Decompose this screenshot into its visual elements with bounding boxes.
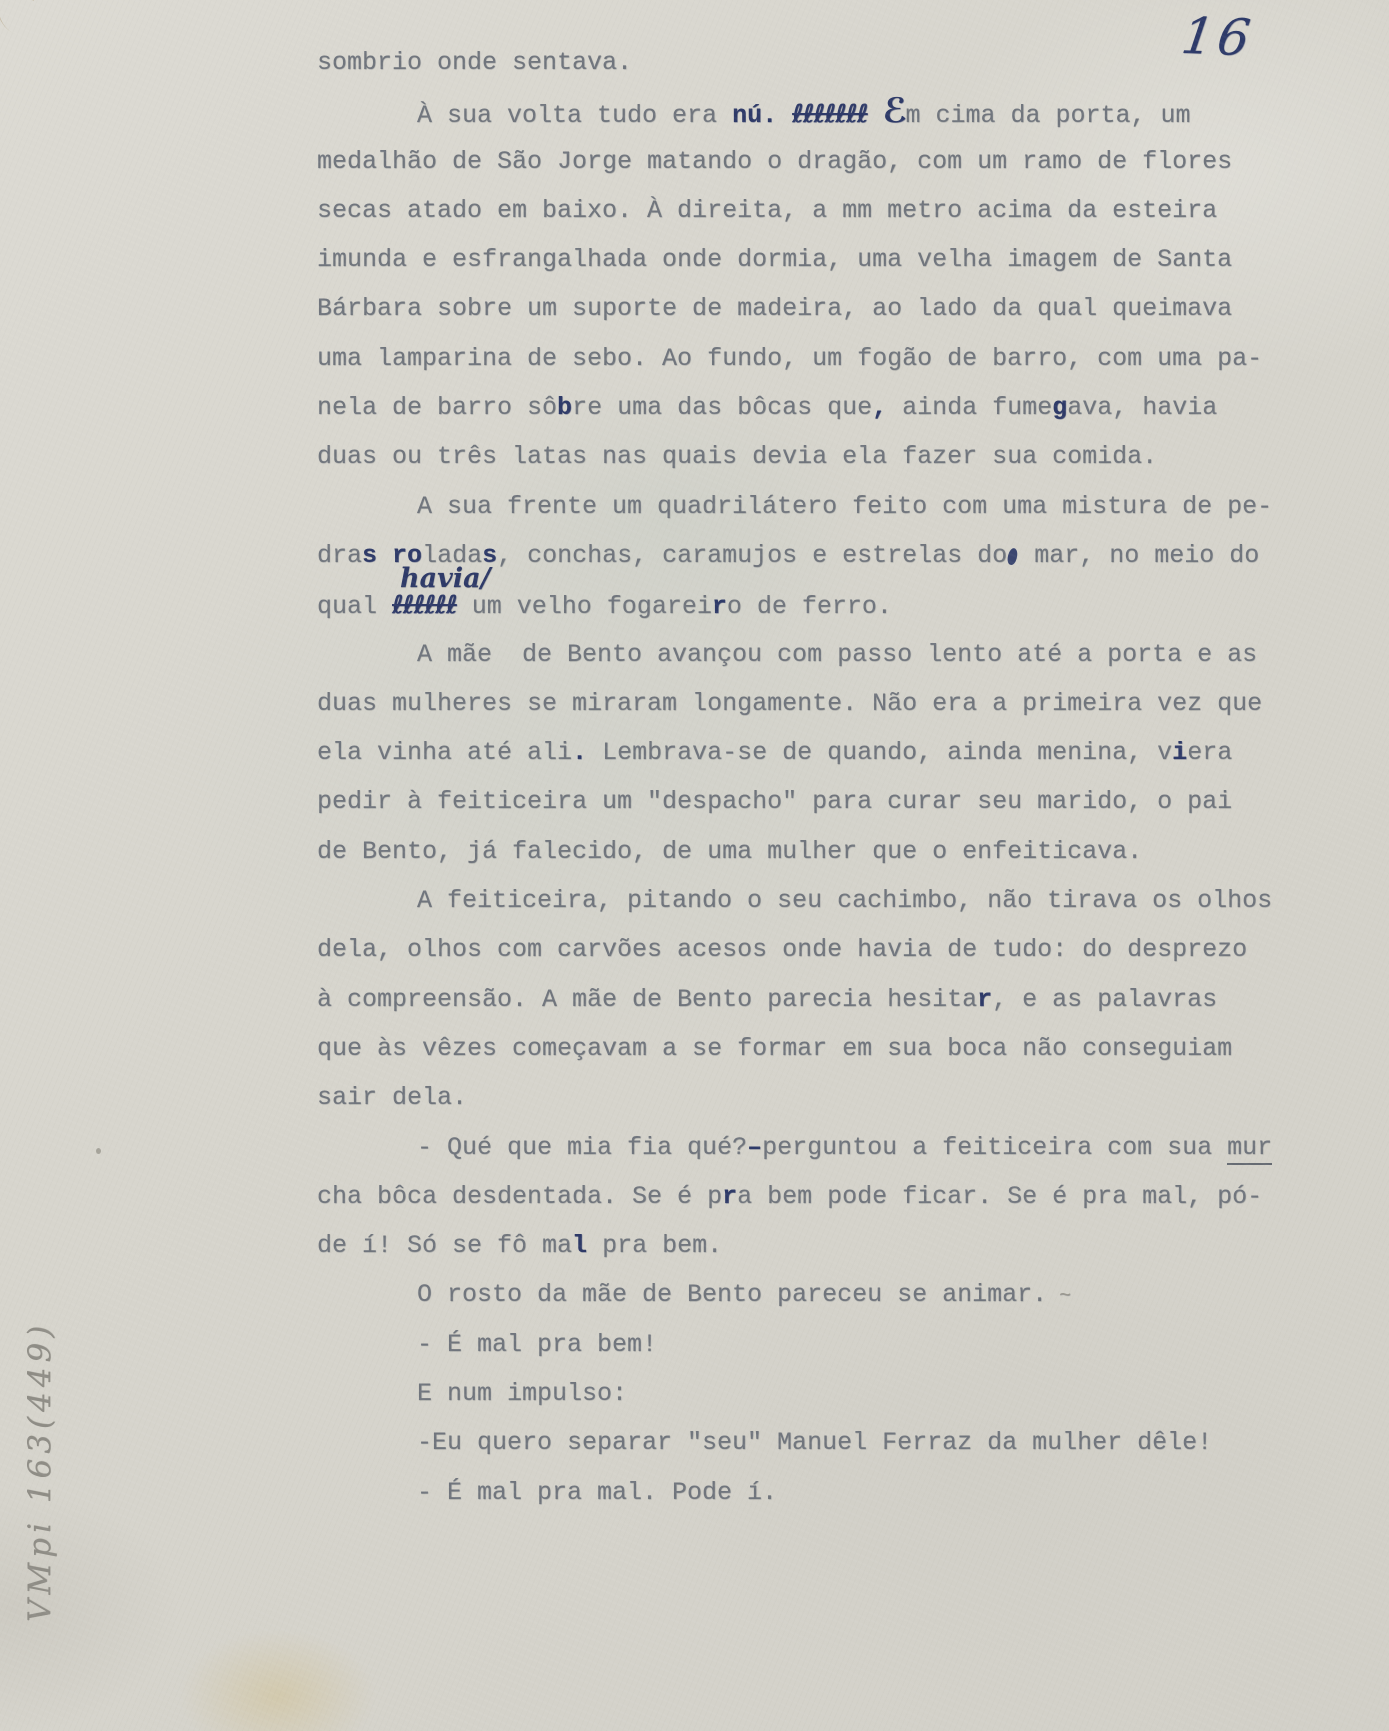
- text-line: uma lamparina de sebo. Ao fundo, um fogã…: [317, 334, 1307, 383]
- ink-correction: g: [1052, 393, 1067, 422]
- typed-text: cha bôca desdentada. Se é p: [317, 1182, 722, 1211]
- typed-text: [868, 101, 883, 130]
- text-line: - Qué que mia fia qué?–perguntou a feiti…: [317, 1123, 1307, 1172]
- ink-correction: s: [362, 541, 377, 570]
- text-line: Bárbara sobre um suporte de madeira, ao …: [317, 284, 1307, 333]
- text-line: que às vêzes começavam a se formar em su…: [317, 1024, 1307, 1073]
- ink-scribble-strikeout: ℓℓℓℓℓℓℓ: [792, 99, 868, 128]
- ink-correction: r: [977, 985, 992, 1014]
- text-line: A mãe de Bento avançou com passo lento a…: [317, 630, 1307, 679]
- text-line: - É mal pra bem!: [317, 1320, 1307, 1369]
- ink-correction: b: [557, 393, 572, 422]
- typed-text: , conchas, caramujos e estrelas do: [497, 541, 1007, 570]
- text-line: sombrio onde sentava.: [317, 38, 1307, 87]
- typed-text: que às vêzes começavam a se formar em su…: [317, 1034, 1232, 1063]
- margin-annotation: VMpi 163(449): [22, 1122, 58, 1622]
- typed-text: ava, havia: [1067, 393, 1217, 422]
- text-line: O rosto da mãe de Bento pareceu se anima…: [317, 1270, 1307, 1319]
- typescript-body: sombrio onde sentava.À sua volta tudo er…: [317, 38, 1307, 1517]
- typed-text: qual: [317, 592, 392, 621]
- typed-text: de Bento, já falecido, de uma mulher que…: [317, 837, 1142, 866]
- typed-text: duas mulheres se miraram longamente. Não…: [317, 689, 1262, 718]
- pencil-mark: ~: [1047, 1285, 1071, 1308]
- typed-text: uma lamparina de sebo. Ao fundo, um fogã…: [317, 344, 1262, 373]
- typed-text: [777, 101, 792, 130]
- typed-text: um velho fogarei: [457, 592, 712, 621]
- typed-text: sombrio onde sentava.: [317, 48, 632, 77]
- typed-text: [377, 541, 392, 570]
- typed-text: Bárbara sobre um suporte de madeira, ao …: [317, 294, 1232, 323]
- text-line: E num impulso:: [317, 1369, 1307, 1418]
- typed-text: era: [1187, 738, 1232, 767]
- typed-text: dela, olhos com carvões acesos onde havi…: [317, 935, 1247, 964]
- typed-text: A mãe de Bento avançou com passo lento a…: [417, 640, 1257, 669]
- text-line: - É mal pra mal. Pode í.: [317, 1468, 1307, 1517]
- ink-correction: ,: [872, 393, 887, 422]
- ink-correction: l: [572, 1231, 587, 1260]
- ink-correction: r: [712, 592, 727, 621]
- text-line: duas mulheres se miraram longamente. Não…: [317, 679, 1307, 728]
- typed-text: secas atado em baixo. À direita, a mm me…: [317, 196, 1217, 225]
- typed-text: E num impulso:: [417, 1379, 627, 1408]
- text-line: qual havia/ℓℓℓℓℓℓ um velho fogareiro de …: [317, 580, 1307, 629]
- typed-text: à compreensão. A mãe de Bento parecia he…: [317, 985, 977, 1014]
- typed-text: A feiticeira, pitando o seu cachimbo, nã…: [417, 886, 1272, 915]
- typed-text: - É mal pra mal. Pode í.: [417, 1478, 777, 1507]
- text-line: nela de barro sôbre uma das bôcas que, a…: [317, 383, 1307, 432]
- ink-capital-letter: ℰ: [883, 91, 906, 131]
- typed-text: O rosto da mãe de Bento pareceu se anima…: [417, 1280, 1047, 1309]
- text-line: sair dela.: [317, 1073, 1307, 1122]
- typed-text: mar, no meio do: [1019, 541, 1259, 570]
- typed-text: de í! Só se fô ma: [317, 1231, 572, 1260]
- typed-text: nela de barro sô: [317, 393, 557, 422]
- text-line: dela, olhos com carvões acesos onde havi…: [317, 925, 1307, 974]
- text-line: A sua frente um quadrilátero feito com u…: [317, 482, 1307, 531]
- typed-text: sair dela.: [317, 1083, 467, 1112]
- text-line: cha bôca desdentada. Se é pra bem pode f…: [317, 1172, 1307, 1221]
- typed-text: , e as palavras: [992, 985, 1217, 1014]
- text-line: secas atado em baixo. À direita, a mm me…: [317, 186, 1307, 235]
- text-line: A feiticeira, pitando o seu cachimbo, nã…: [317, 876, 1307, 925]
- typed-text: - É mal pra bem!: [417, 1330, 657, 1359]
- typed-text: imunda e esfrangalhada onde dormia, uma …: [317, 245, 1232, 274]
- ink-correction: r: [722, 1182, 737, 1211]
- typed-text: -Eu quero separar "seu" Manuel Ferraz da…: [417, 1428, 1212, 1457]
- pencil-dot: [96, 1148, 101, 1154]
- typed-text: re uma das bôcas que: [572, 393, 872, 422]
- ink-correction: i: [1172, 738, 1187, 767]
- typed-text: ainda fume: [887, 393, 1052, 422]
- underlined-typed-text: mur: [1227, 1133, 1272, 1165]
- typed-text: duas ou três latas nas quais devia ela f…: [317, 442, 1157, 471]
- typed-text: - Qué que mia fia qué?: [417, 1133, 747, 1162]
- typed-text: pedir à feiticeira um "despacho" para cu…: [317, 787, 1232, 816]
- text-line: duas ou três latas nas quais devia ela f…: [317, 432, 1307, 481]
- typed-text: perguntou a feiticeira com sua: [762, 1133, 1227, 1162]
- ink-blot: [1006, 547, 1019, 566]
- text-line: À sua volta tudo era nú. ℓℓℓℓℓℓℓ ℰm cima…: [317, 87, 1307, 136]
- typed-text: m cima da porta, um: [905, 101, 1190, 130]
- text-line: ela vinha até ali. Lembrava-se de quando…: [317, 728, 1307, 777]
- typed-text: dra: [317, 541, 362, 570]
- text-line: à compreensão. A mãe de Bento parecia he…: [317, 975, 1307, 1024]
- typed-text: Lembrava-se de quando, ainda menina, v: [587, 738, 1172, 767]
- ink-correction: .: [572, 738, 587, 767]
- typescript-page: 16 VMpi 163(449) sombrio onde sentava.À …: [0, 0, 1389, 1731]
- text-line: de í! Só se fô mal pra bem.: [317, 1221, 1307, 1270]
- ink-correction: nú.: [732, 101, 777, 130]
- typed-text: A sua frente um quadrilátero feito com u…: [417, 492, 1272, 521]
- typed-text: medalhão de São Jorge matando o dragão, …: [317, 147, 1232, 176]
- typed-text: À sua volta tudo era: [417, 101, 732, 130]
- typed-text: a bem pode ficar. Se é pra mal, pó-: [737, 1182, 1262, 1211]
- typed-text: o de ferro.: [727, 592, 892, 621]
- typed-text: pra bem.: [587, 1231, 722, 1260]
- text-line: imunda e esfrangalhada onde dormia, uma …: [317, 235, 1307, 284]
- ink-correction: –: [747, 1133, 762, 1162]
- text-line: de Bento, já falecido, de uma mulher que…: [317, 827, 1307, 876]
- text-line: medalhão de São Jorge matando o dragão, …: [317, 137, 1307, 186]
- paper-corner-curl: [0, 0, 35, 36]
- text-line: -Eu quero separar "seu" Manuel Ferraz da…: [317, 1418, 1307, 1467]
- text-line: pedir à feiticeira um "despacho" para cu…: [317, 777, 1307, 826]
- typed-text: ela vinha até ali: [317, 738, 572, 767]
